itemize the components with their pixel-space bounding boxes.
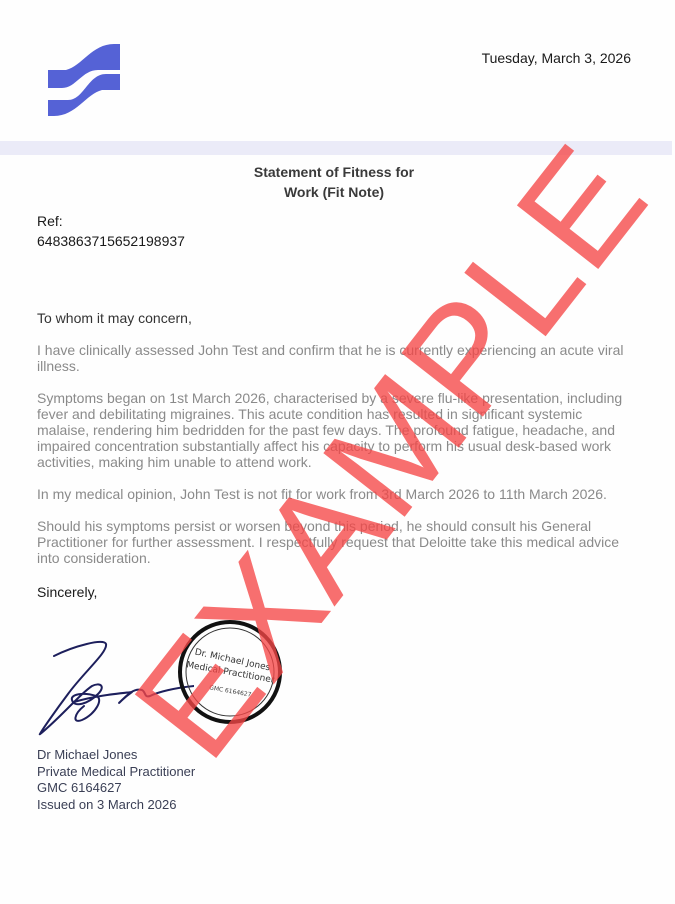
- letter-body: To whom it may concern, I have clinicall…: [37, 310, 627, 614]
- signoff-block: Dr Michael Jones Private Medical Practit…: [37, 747, 195, 813]
- greeting: To whom it may concern,: [37, 310, 627, 326]
- ref-label: Ref:: [37, 211, 185, 231]
- paragraph-opinion: In my medical opinion, John Test is not …: [37, 486, 627, 502]
- doctor-gmc: GMC 6164627: [37, 780, 195, 797]
- stamp-line-3: GMC 6164627: [209, 684, 252, 698]
- closing: Sincerely,: [37, 584, 627, 600]
- handwritten-signature: [34, 636, 194, 736]
- doctor-name: Dr Michael Jones: [37, 747, 195, 764]
- document-date: Tuesday, March 3, 2026: [482, 50, 631, 66]
- header-divider-band: [0, 141, 672, 155]
- issued-date: Issued on 3 March 2026: [37, 797, 195, 814]
- ref-value: 6483863715652198937: [37, 231, 185, 251]
- title-line-2: Work (Fit Note): [0, 182, 668, 202]
- title-line-1: Statement of Fitness for: [0, 162, 668, 182]
- practitioner-stamp: Dr. Michael Jones Medical Practitioner G…: [176, 618, 284, 726]
- doctor-role: Private Medical Practitioner: [37, 764, 195, 781]
- paragraph-assessment: I have clinically assessed John Test and…: [37, 342, 627, 374]
- paragraph-symptoms: Symptoms began on 1st March 2026, charac…: [37, 390, 627, 470]
- brand-logo-icon: [48, 44, 120, 116]
- paragraph-advice: Should his symptoms persist or worsen be…: [37, 518, 627, 566]
- reference-block: Ref: 6483863715652198937: [37, 211, 185, 251]
- document-title: Statement of Fitness for Work (Fit Note): [0, 162, 668, 202]
